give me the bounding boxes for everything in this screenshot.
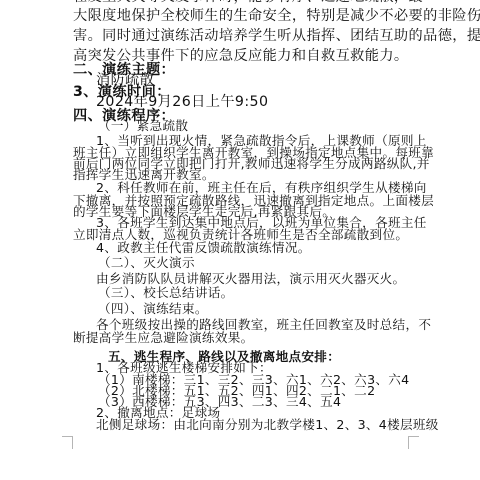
document-page: 在发生火灾等突发事件时，能够有序、迅速地疏散，最 大限度地保护全校师生的生命安全… [0, 0, 480, 480]
partial-top-line: 在发生火灾等突发事件时，能够有序、迅速地疏散，最 [73, 0, 423, 6]
text-line: 北侧足球场：由北向南分别为北教学楼1、2、3、4楼层班级 [96, 416, 439, 434]
text-line: 害。同时通过演练活动培养学生听从指挥、团结互助的品德，提 [73, 27, 480, 45]
text-line: 断提高学生应急避险演练效果。 [73, 329, 254, 347]
text-line: 大限度地保护全校师生的生命安全，特别是减少不必要的非险伤 [73, 7, 480, 25]
page-corner-mark-right [408, 436, 419, 449]
page-corner-mark-left [62, 436, 73, 449]
